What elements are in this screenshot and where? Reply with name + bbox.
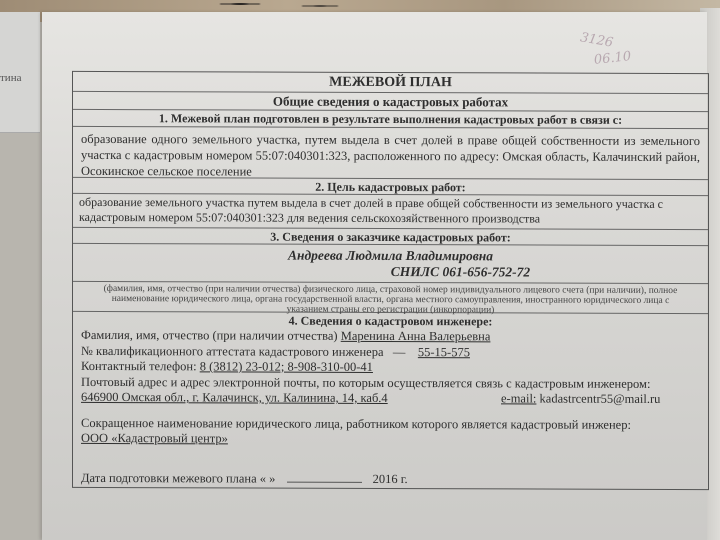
engineer-email: e-mail: kadastrcentr55@mail.ru (501, 391, 660, 407)
form-subtitle: Общие сведения о кадастровых работах (73, 92, 708, 112)
engineer-address-value: 646900 Омская обл., г. Калачинск, ул. Ка… (81, 390, 388, 405)
survey-plan-form: МЕЖЕВОЙ ПЛАН Общие сведения о кадастровы… (72, 71, 709, 490)
section2-text: образование земельного участка путем выд… (73, 194, 708, 230)
email-value: kadastrcentr55@mail.ru (540, 392, 661, 406)
engineer-phone-line: Контактный телефон: 8 (3812) 23-012; 8-9… (81, 359, 700, 377)
section1-text: образование одного земельного участка, п… (73, 127, 708, 180)
engineer-cert-dash: — (393, 345, 406, 359)
engineer-name-value: Маренина Анна Валерьевна (341, 329, 491, 344)
customer-info: Андреева Людмила Владимировна СНИЛС 061-… (73, 244, 708, 284)
engineer-address-line: 646900 Омская обл., г. Калачинск, ул. Ка… (81, 390, 700, 408)
document-sheet: 3126 06.10 МЕЖЕВОЙ ПЛАН Общие сведения о… (42, 12, 707, 540)
org-value: ООО «Кадастровый центр» (81, 431, 228, 446)
customer-snils: СНИЛС 061-656-752-72 (73, 263, 708, 281)
form-title: МЕЖЕВОЙ ПЛАН (73, 72, 708, 94)
date-label: Дата подготовки межевого плана « » (81, 470, 275, 485)
engineer-cert-label: № квалификационного аттестата кадастрово… (81, 343, 384, 358)
engineer-info: Фамилия, имя, отчество (при наличии отче… (73, 328, 708, 488)
email-label: e-mail: (501, 391, 536, 405)
engineer-phone-label: Контактный телефон: (81, 359, 197, 373)
engineer-name-label: Фамилия, имя, отчество (при наличии отче… (81, 328, 338, 343)
date-blank-field (287, 481, 362, 482)
handwritten-number: 3126 (579, 31, 614, 51)
date-line: Дата подготовки межевого плана « » 2016 … (81, 470, 700, 488)
underlying-sheet-text: тина (0, 72, 21, 84)
date-year: 2016 г. (373, 471, 408, 485)
customer-field-note: (фамилия, имя, отчество (при наличии отч… (73, 282, 708, 314)
section1-heading: 1. Межевой план подготовлен в результате… (73, 110, 708, 129)
engineer-cert-value: 55-15-575 (418, 345, 470, 359)
handwritten-date: 06.10 (593, 50, 631, 68)
engineer-phone-value: 8 (3812) 23-012; 8-908-310-00-41 (200, 359, 373, 374)
